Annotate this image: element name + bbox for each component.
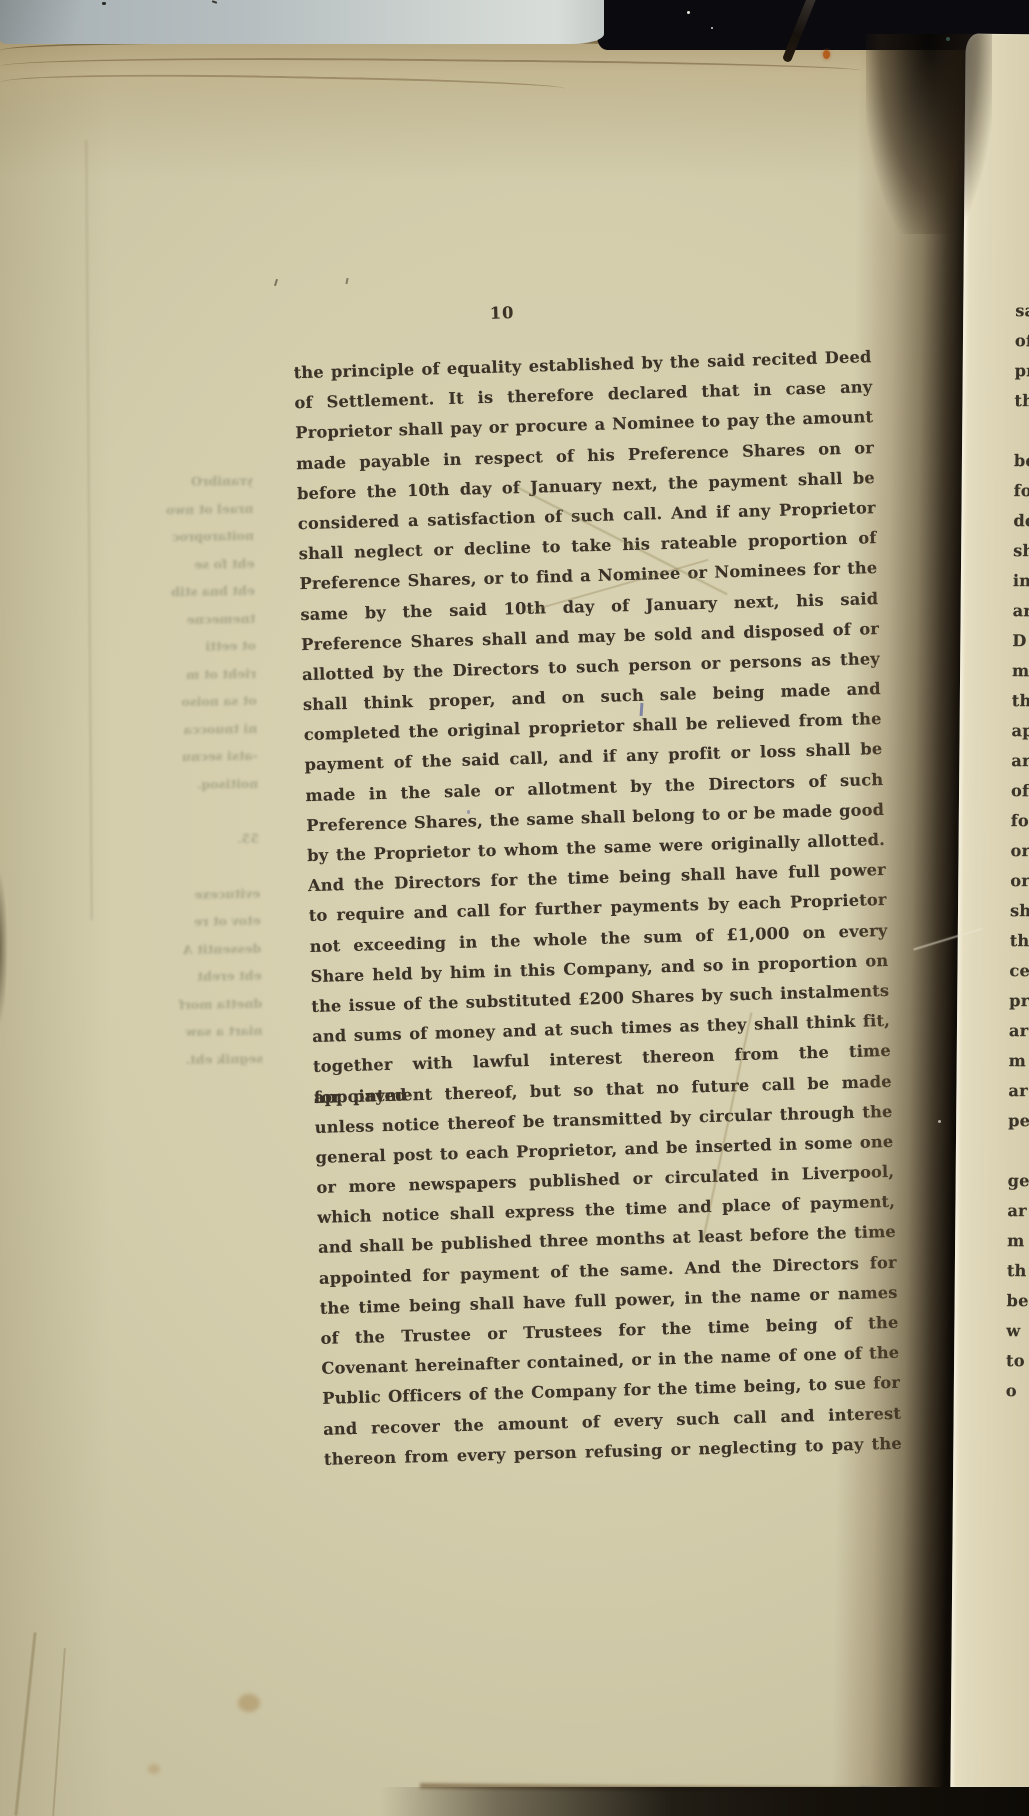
ghost-line: eht ereht (119, 962, 261, 992)
right-page-fragment-line (1014, 416, 1029, 446)
ghost-line: ni tnuocca (115, 714, 257, 744)
pen-object-tip (823, 50, 830, 59)
right-page-fragment-line: th (1010, 926, 1029, 956)
ghost-line: yranibrO (111, 467, 253, 497)
right-page-fragment-line: ar (1007, 1196, 1029, 1226)
dust-speck (687, 11, 690, 14)
right-page-text-fragments: saofprth befodeshinarDmthaparoffoororsht… (954, 34, 1029, 1407)
right-page-fragment-line: ar (1009, 1016, 1029, 1046)
blue-ink-mark (467, 810, 470, 814)
body-text: the principle of equality established by… (293, 342, 902, 1475)
left-page-curl (0, 868, 8, 1028)
ghost-line: -atsi secnu (116, 742, 258, 772)
right-page-fragment-line: m (1009, 1046, 1029, 1076)
ghost-line: dessentit A (119, 934, 261, 964)
ghost-line: dnetta morf (120, 989, 262, 1019)
dust-speck (711, 27, 713, 29)
right-page-fragment-line: ar (1008, 1076, 1029, 1106)
bottom-scanner-shadow (380, 1787, 1029, 1816)
dust-speck (938, 1120, 941, 1123)
right-page-fragment-line: de (1013, 506, 1029, 536)
right-page-fragment-line: m (1012, 656, 1029, 686)
ghost-showthrough-text: yranibrOnrael ot nwonoitaroproceht fo se… (111, 467, 264, 1074)
right-page-fragment-line: or (1010, 836, 1029, 866)
page-number: 10 (292, 293, 713, 335)
ghost-line: etov ot re (118, 907, 260, 937)
page-edge-line (0, 54, 862, 75)
ghost-line: rieht ot m (114, 659, 256, 689)
right-page-fragment-line: w (1006, 1316, 1029, 1346)
book-scan: { "page": { "number": "10", "lines": [ "… (0, 0, 1029, 1816)
right-page-fragment-line: of (1015, 326, 1029, 356)
right-page-fragment-line: to (1006, 1346, 1029, 1376)
right-page-fragment-line: ce (1009, 956, 1029, 986)
right-page-fragment-line: be (1006, 1286, 1029, 1316)
dust-speck (946, 37, 950, 41)
right-page-fragment-line (1008, 1136, 1029, 1166)
right-page-fragment-line: or (1010, 866, 1029, 896)
right-page-fragment-line: m (1007, 1226, 1029, 1256)
ghost-line: noitisoq. (116, 769, 258, 799)
right-page-fragment-line: ge (1008, 1166, 1029, 1196)
ghost-line: ot eetti (114, 632, 256, 662)
right-page-fragment-line: fo (1014, 476, 1029, 506)
paper-stain (148, 1764, 160, 1774)
scanner-bed-gray (0, 0, 604, 44)
right-page-fragment-line: pr (1009, 986, 1029, 1016)
right-page-fragment-line: pr (1015, 356, 1029, 386)
stray-ink-mark (345, 278, 348, 284)
left-page-edge-strip (0, 30, 110, 1816)
ghost-line: niart a saw (120, 1017, 262, 1047)
ghost-line (117, 852, 259, 882)
right-page-fragment-line: sh (1010, 896, 1029, 926)
stray-ink-mark (274, 279, 278, 286)
ghost-line: 55. (117, 824, 259, 854)
right-page-fragment-line: D (1012, 626, 1029, 656)
right-page-fragment-line: sa (1015, 296, 1029, 326)
right-page-fragment-line: th (1014, 386, 1029, 416)
ghost-line: evitucexe (118, 879, 260, 909)
dust-speck (102, 2, 106, 5)
right-page-fragment-line: be (1014, 446, 1029, 476)
right-page-fragment-line: th (1012, 686, 1029, 716)
page-top-edges (0, 36, 1002, 221)
ghost-line: ot sa noiso (115, 687, 257, 717)
ghost-line: nrael ot nwo (111, 494, 253, 524)
ghost-line (116, 797, 258, 827)
gutter-top-shadow (866, 34, 992, 234)
right-page-fragment-line: in (1013, 566, 1029, 596)
right-page-fragment-line: o (1006, 1376, 1029, 1406)
ghost-line: eht bna stib (113, 577, 255, 607)
page-edge-line (0, 71, 565, 94)
ghost-line: tnemecne (113, 604, 255, 634)
right-page-fragment-line: sh (1013, 536, 1029, 566)
paper-stain (238, 1694, 260, 1712)
right-page-fragment-line: ar (1012, 596, 1029, 626)
ghost-line: eht fo se (112, 549, 254, 579)
ghost-line: noitaroproc (112, 522, 254, 552)
right-page-fragment-line: ap (1011, 716, 1029, 746)
right-page-fragment-line: of (1011, 776, 1029, 806)
left-page-text-block: 10 the principle of equality established… (292, 288, 902, 1475)
ghost-line: segnik eht. (121, 1044, 263, 1074)
right-page-fragment-line: pe (1008, 1106, 1029, 1136)
right-page-fragment-line: fo (1011, 806, 1029, 836)
right-page-fragment-line: ar (1011, 746, 1029, 776)
right-page-fragment-line: th (1007, 1256, 1029, 1286)
